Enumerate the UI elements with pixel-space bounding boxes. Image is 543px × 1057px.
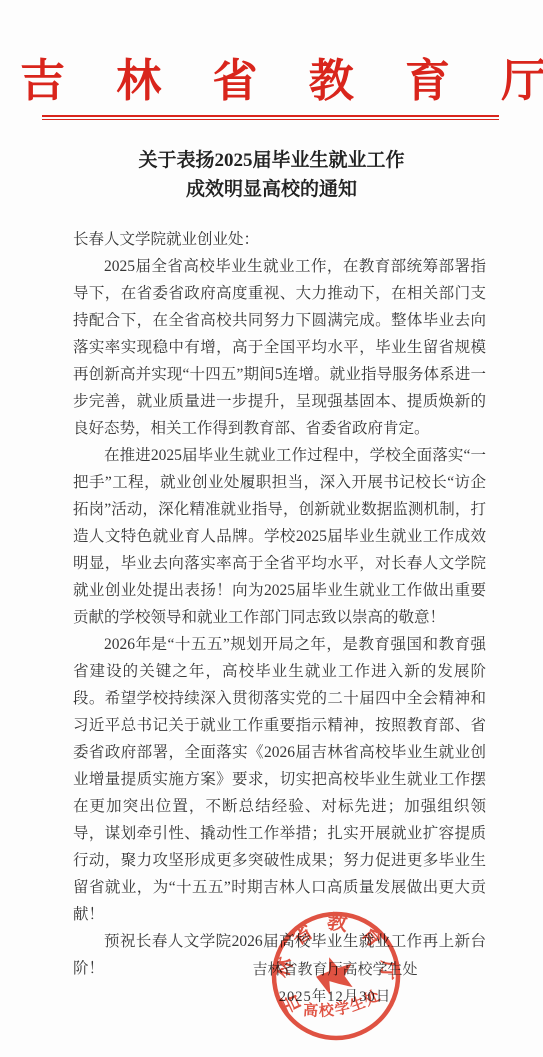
paragraph: 2026年是“十五五”规划开局之年，是教育强国和教育强省建设的关键之年，高校毕业… xyxy=(73,631,486,928)
notice-title: 关于表扬2025届毕业生就业工作 成效明显高校的通知 xyxy=(0,146,543,204)
notice-title-line1: 关于表扬2025届毕业生就业工作 xyxy=(0,146,543,175)
letter-body: 长春人文学院就业创业处： 2025届全省高校毕业生就业工作，在教育部统筹部署指导… xyxy=(73,226,486,982)
signature-name: 吉林省教育厅高校学生处 xyxy=(215,957,455,984)
red-header-divider xyxy=(42,115,499,120)
paragraph: 2025届全省高校毕业生就业工作，在教育部统筹部署指导下，在省委省政府高度重视、… xyxy=(73,253,486,442)
signature-date: 2025年12月30日 xyxy=(215,984,455,1011)
official-notice-document: 吉 林 省 教 育 厅 关于表扬2025届毕业生就业工作 成效明显高校的通知 长… xyxy=(0,0,543,1057)
notice-title-line2: 成效明显高校的通知 xyxy=(0,175,543,204)
agency-header-title: 吉 林 省 教 育 厅 xyxy=(0,52,543,111)
paragraph: 在推进2025届毕业生就业工作过程中，学校全面落实“一把手”工程，就业创业处履职… xyxy=(73,442,486,631)
document-header: 吉 林 省 教 育 厅 xyxy=(0,0,543,111)
signature-block: 吉林省教育厅高校学生处 2025年12月30日 xyxy=(215,957,455,1011)
salutation: 长春人文学院就业创业处： xyxy=(73,226,486,253)
